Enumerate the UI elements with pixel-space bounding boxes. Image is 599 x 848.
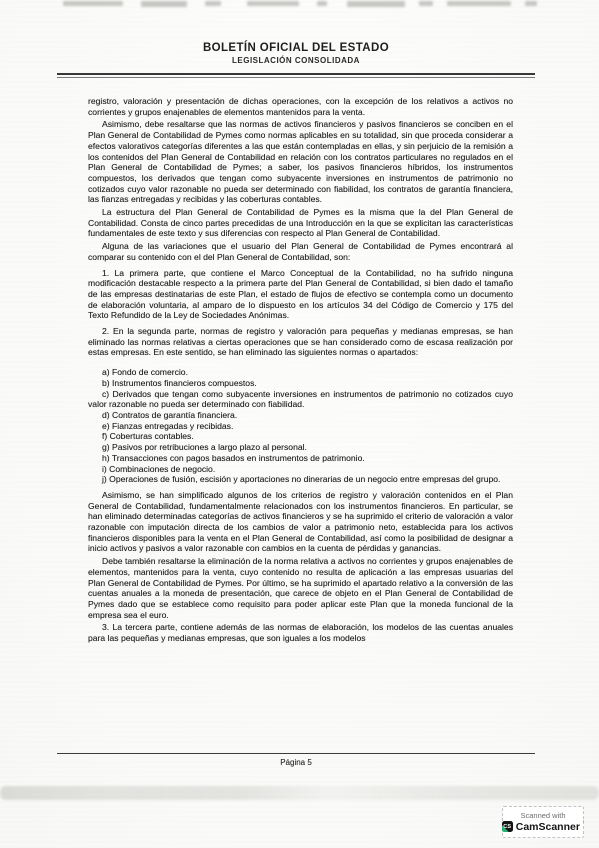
paragraph: i) Combinaciones de negocio. <box>88 464 513 475</box>
camscanner-trademark: ’ <box>583 821 584 827</box>
paragraph: Debe también resaltarse la eliminación d… <box>88 556 513 620</box>
paragraph: d) Contratos de garantía financiera. <box>88 410 513 421</box>
camscanner-badge: Scanned with CS CamScanner ’ <box>502 806 584 838</box>
paragraph: La estructura del Plan General de Contab… <box>88 207 513 239</box>
paragraph: Alguna de las variaciones que el usuario… <box>88 241 513 262</box>
gazette-title: BOLETÍN OFICIAL DEL ESTADO <box>57 42 535 54</box>
paragraph: 2. En la segunda parte, normas de regist… <box>88 326 513 358</box>
paragraph: Asimismo, debe resaltarse que las normas… <box>88 119 513 205</box>
paragraph: h) Transacciones con pagos basados en in… <box>88 453 513 464</box>
paragraph: b) Instrumentos financieros compuestos. <box>88 378 513 389</box>
paragraph: Asimismo, se han simplificado algunos de… <box>88 490 513 554</box>
paragraph: g) Pasivos por retribuciones a largo pla… <box>88 442 513 453</box>
scan-artifact-top-bleed <box>55 0 545 10</box>
paragraph: registro, valoración y presentación de d… <box>88 96 513 117</box>
page-number: Página 5 <box>57 758 535 767</box>
scanned-page: BOLETÍN OFICIAL DEL ESTADO LEGISLACIÓN C… <box>0 0 599 848</box>
paragraph: a) Fondo de comercio. <box>88 367 513 378</box>
paragraph: j) Operaciones de fusión, escisión y apo… <box>88 474 513 485</box>
paragraph: 3. La tercera parte, contiene además de … <box>88 622 513 643</box>
document-paragraphs: registro, valoración y presentación de d… <box>88 96 513 644</box>
camscanner-wordmark: CamScanner <box>516 821 580 833</box>
camscanner-icon: CS <box>502 821 513 832</box>
gazette-subtitle: LEGISLACIÓN CONSOLIDADA <box>57 56 535 65</box>
scanned-with-label: Scanned with <box>520 812 565 820</box>
masthead: BOLETÍN OFICIAL DEL ESTADO LEGISLACIÓN C… <box>57 42 535 65</box>
footer-rule <box>57 753 535 755</box>
paragraph: c) Derivados que tengan como subyacente … <box>88 389 513 410</box>
paragraph: f) Coberturas contables. <box>88 431 513 442</box>
scan-artifact-bottom-smudge <box>0 786 599 800</box>
header-rule <box>57 73 535 78</box>
camscanner-brand-row: CS CamScanner ’ <box>502 821 585 833</box>
paragraph: 1. La primera parte, que contiene el Mar… <box>88 268 513 322</box>
paragraph: e) Fianzas entregadas y recibidas. <box>88 421 513 432</box>
